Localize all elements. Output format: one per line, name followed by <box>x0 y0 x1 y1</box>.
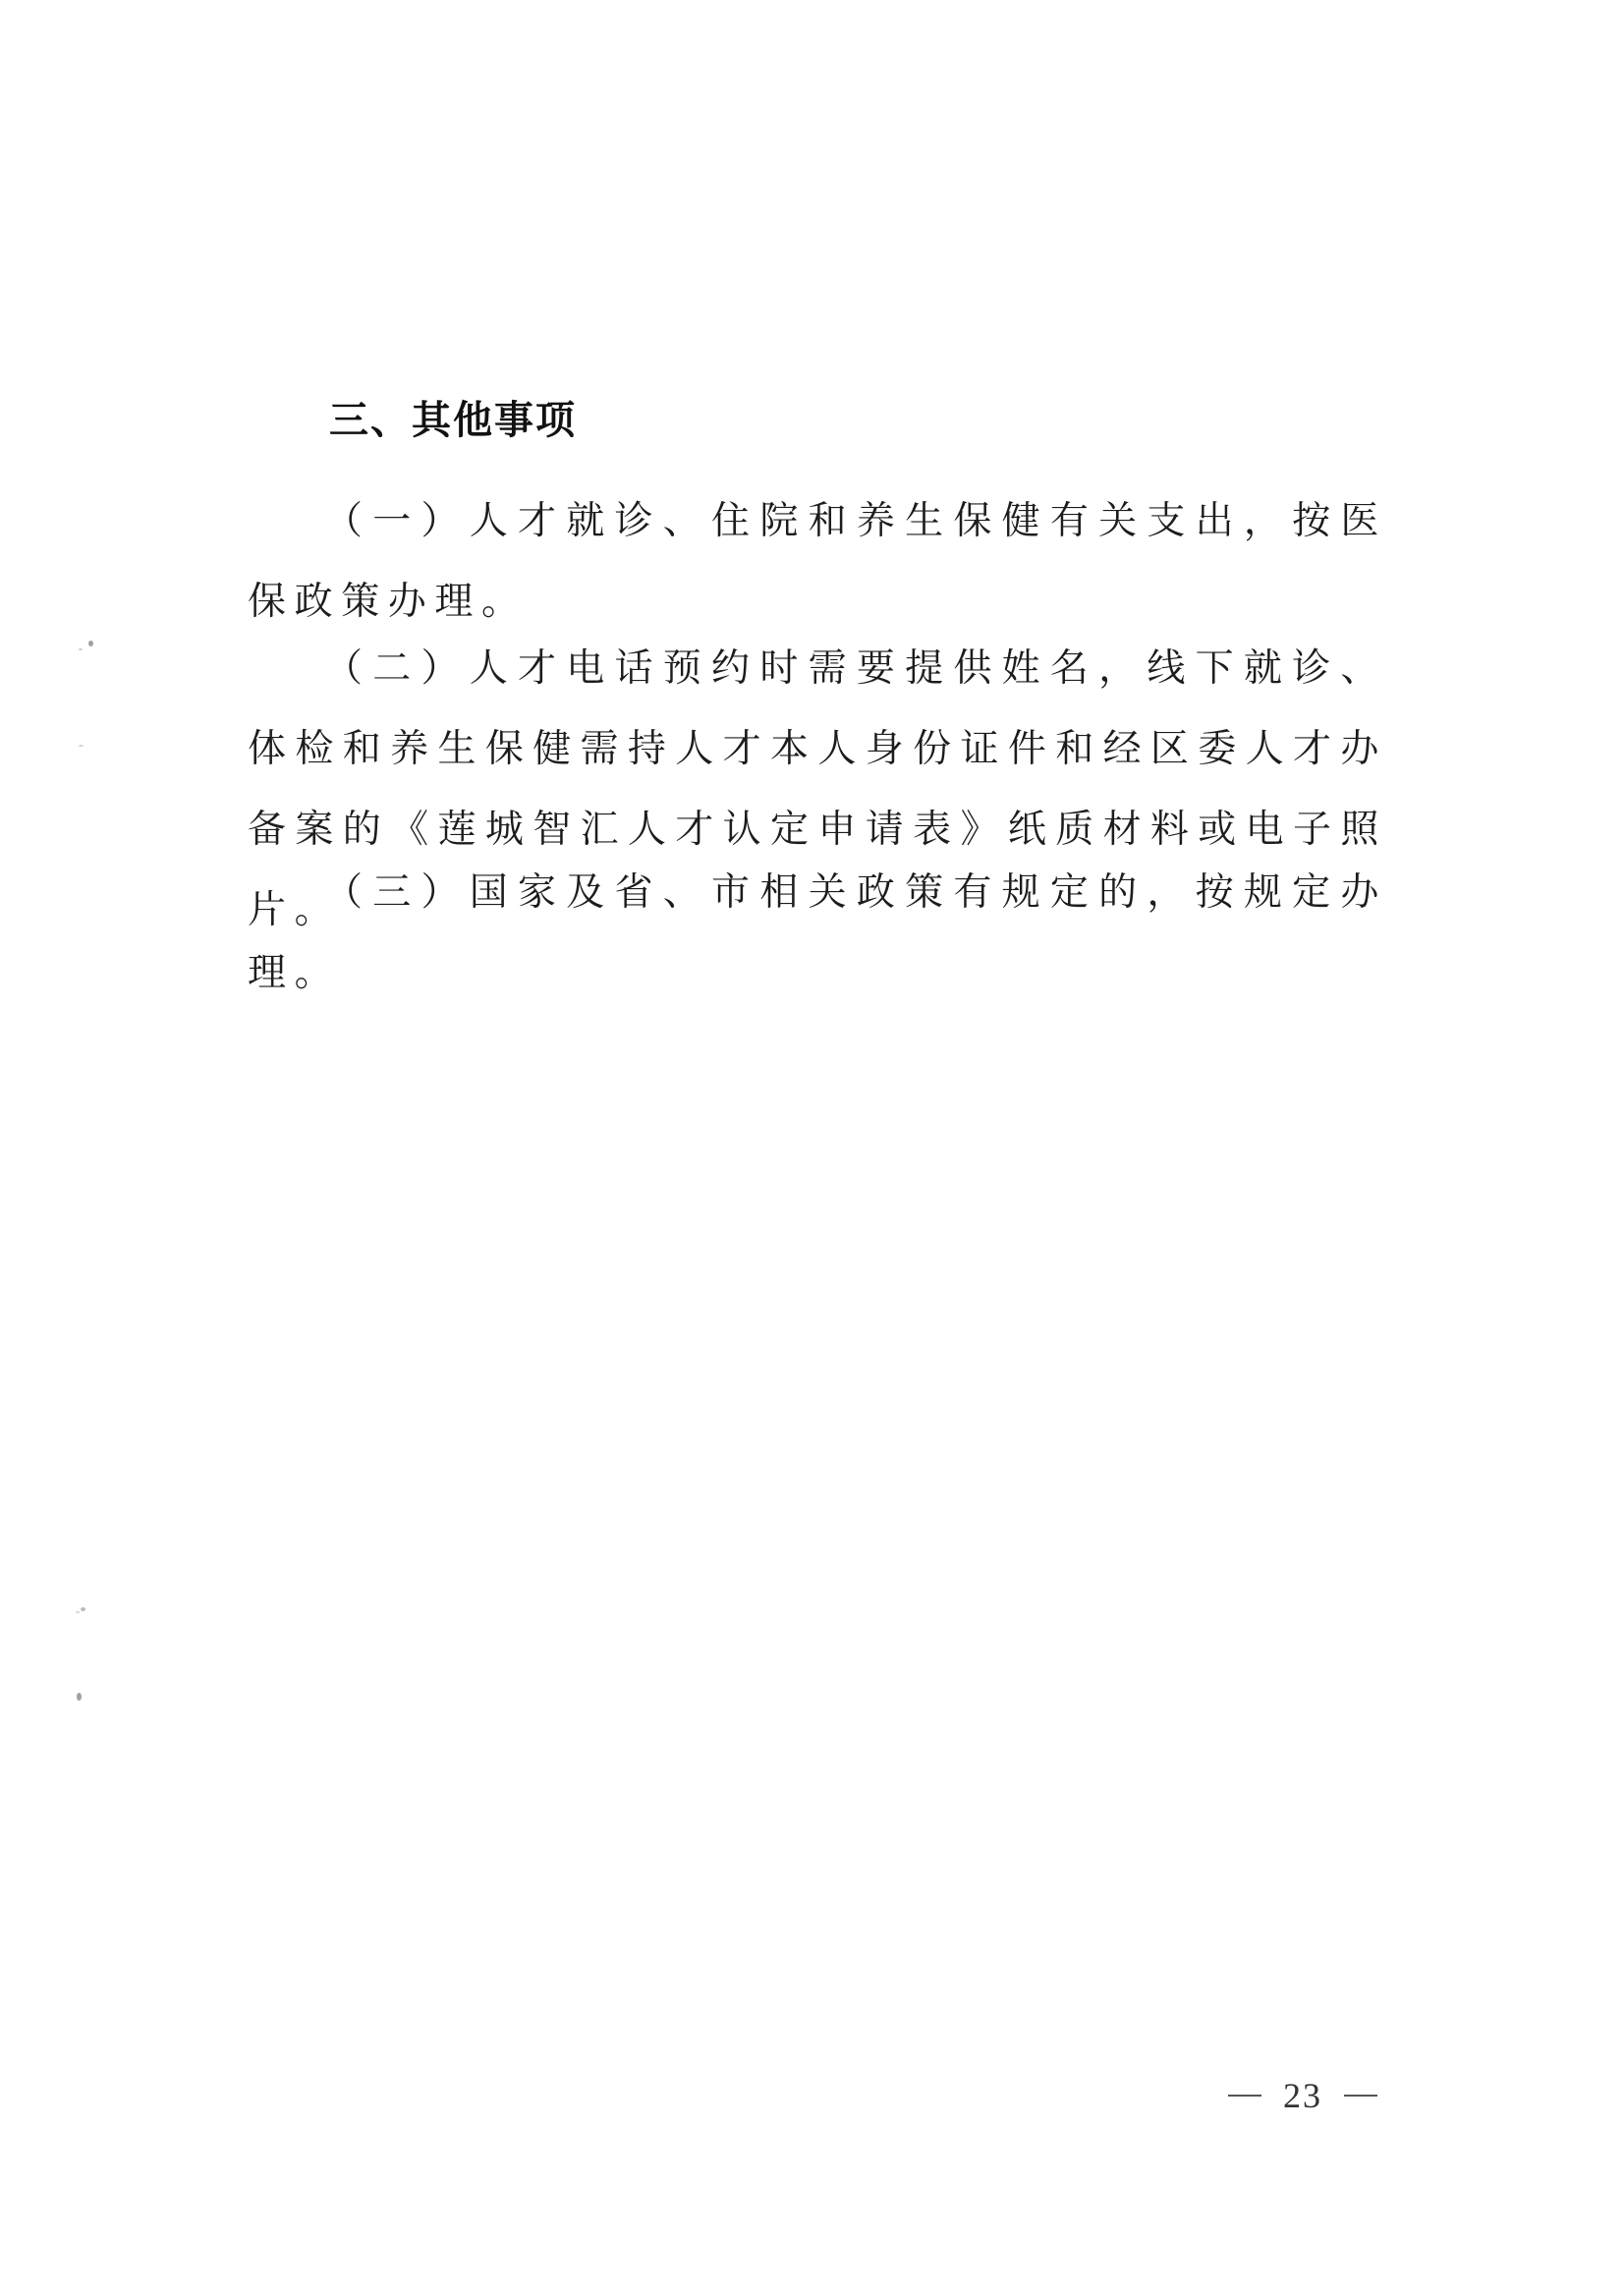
page-footer: 23 <box>1228 2075 1377 2116</box>
scan-artifact-mark <box>88 641 93 646</box>
section-heading: 三、其他事项 <box>329 391 577 450</box>
scan-artifact-mark <box>81 1607 85 1611</box>
scan-artifact-mark <box>77 1693 82 1701</box>
paragraph-1: （一）人才就诊、住院和养生保健有关支出，按医保政策办理。 <box>248 481 1387 643</box>
scan-artifact-mark <box>79 648 83 650</box>
document-page: 三、其他事项 （一）人才就诊、住院和养生保健有关支出，按医保政策办理。 （二）人… <box>0 0 1624 2295</box>
page-number: 23 <box>1283 2075 1322 2116</box>
dash-left-decoration <box>1228 2095 1261 2097</box>
scan-artifact-mark <box>76 1611 80 1613</box>
dash-right-decoration <box>1344 2095 1377 2097</box>
paragraph-3: （三）国家及省、市相关政策有规定的，按规定办理。 <box>248 853 1387 1014</box>
scan-artifact-mark <box>79 745 84 747</box>
